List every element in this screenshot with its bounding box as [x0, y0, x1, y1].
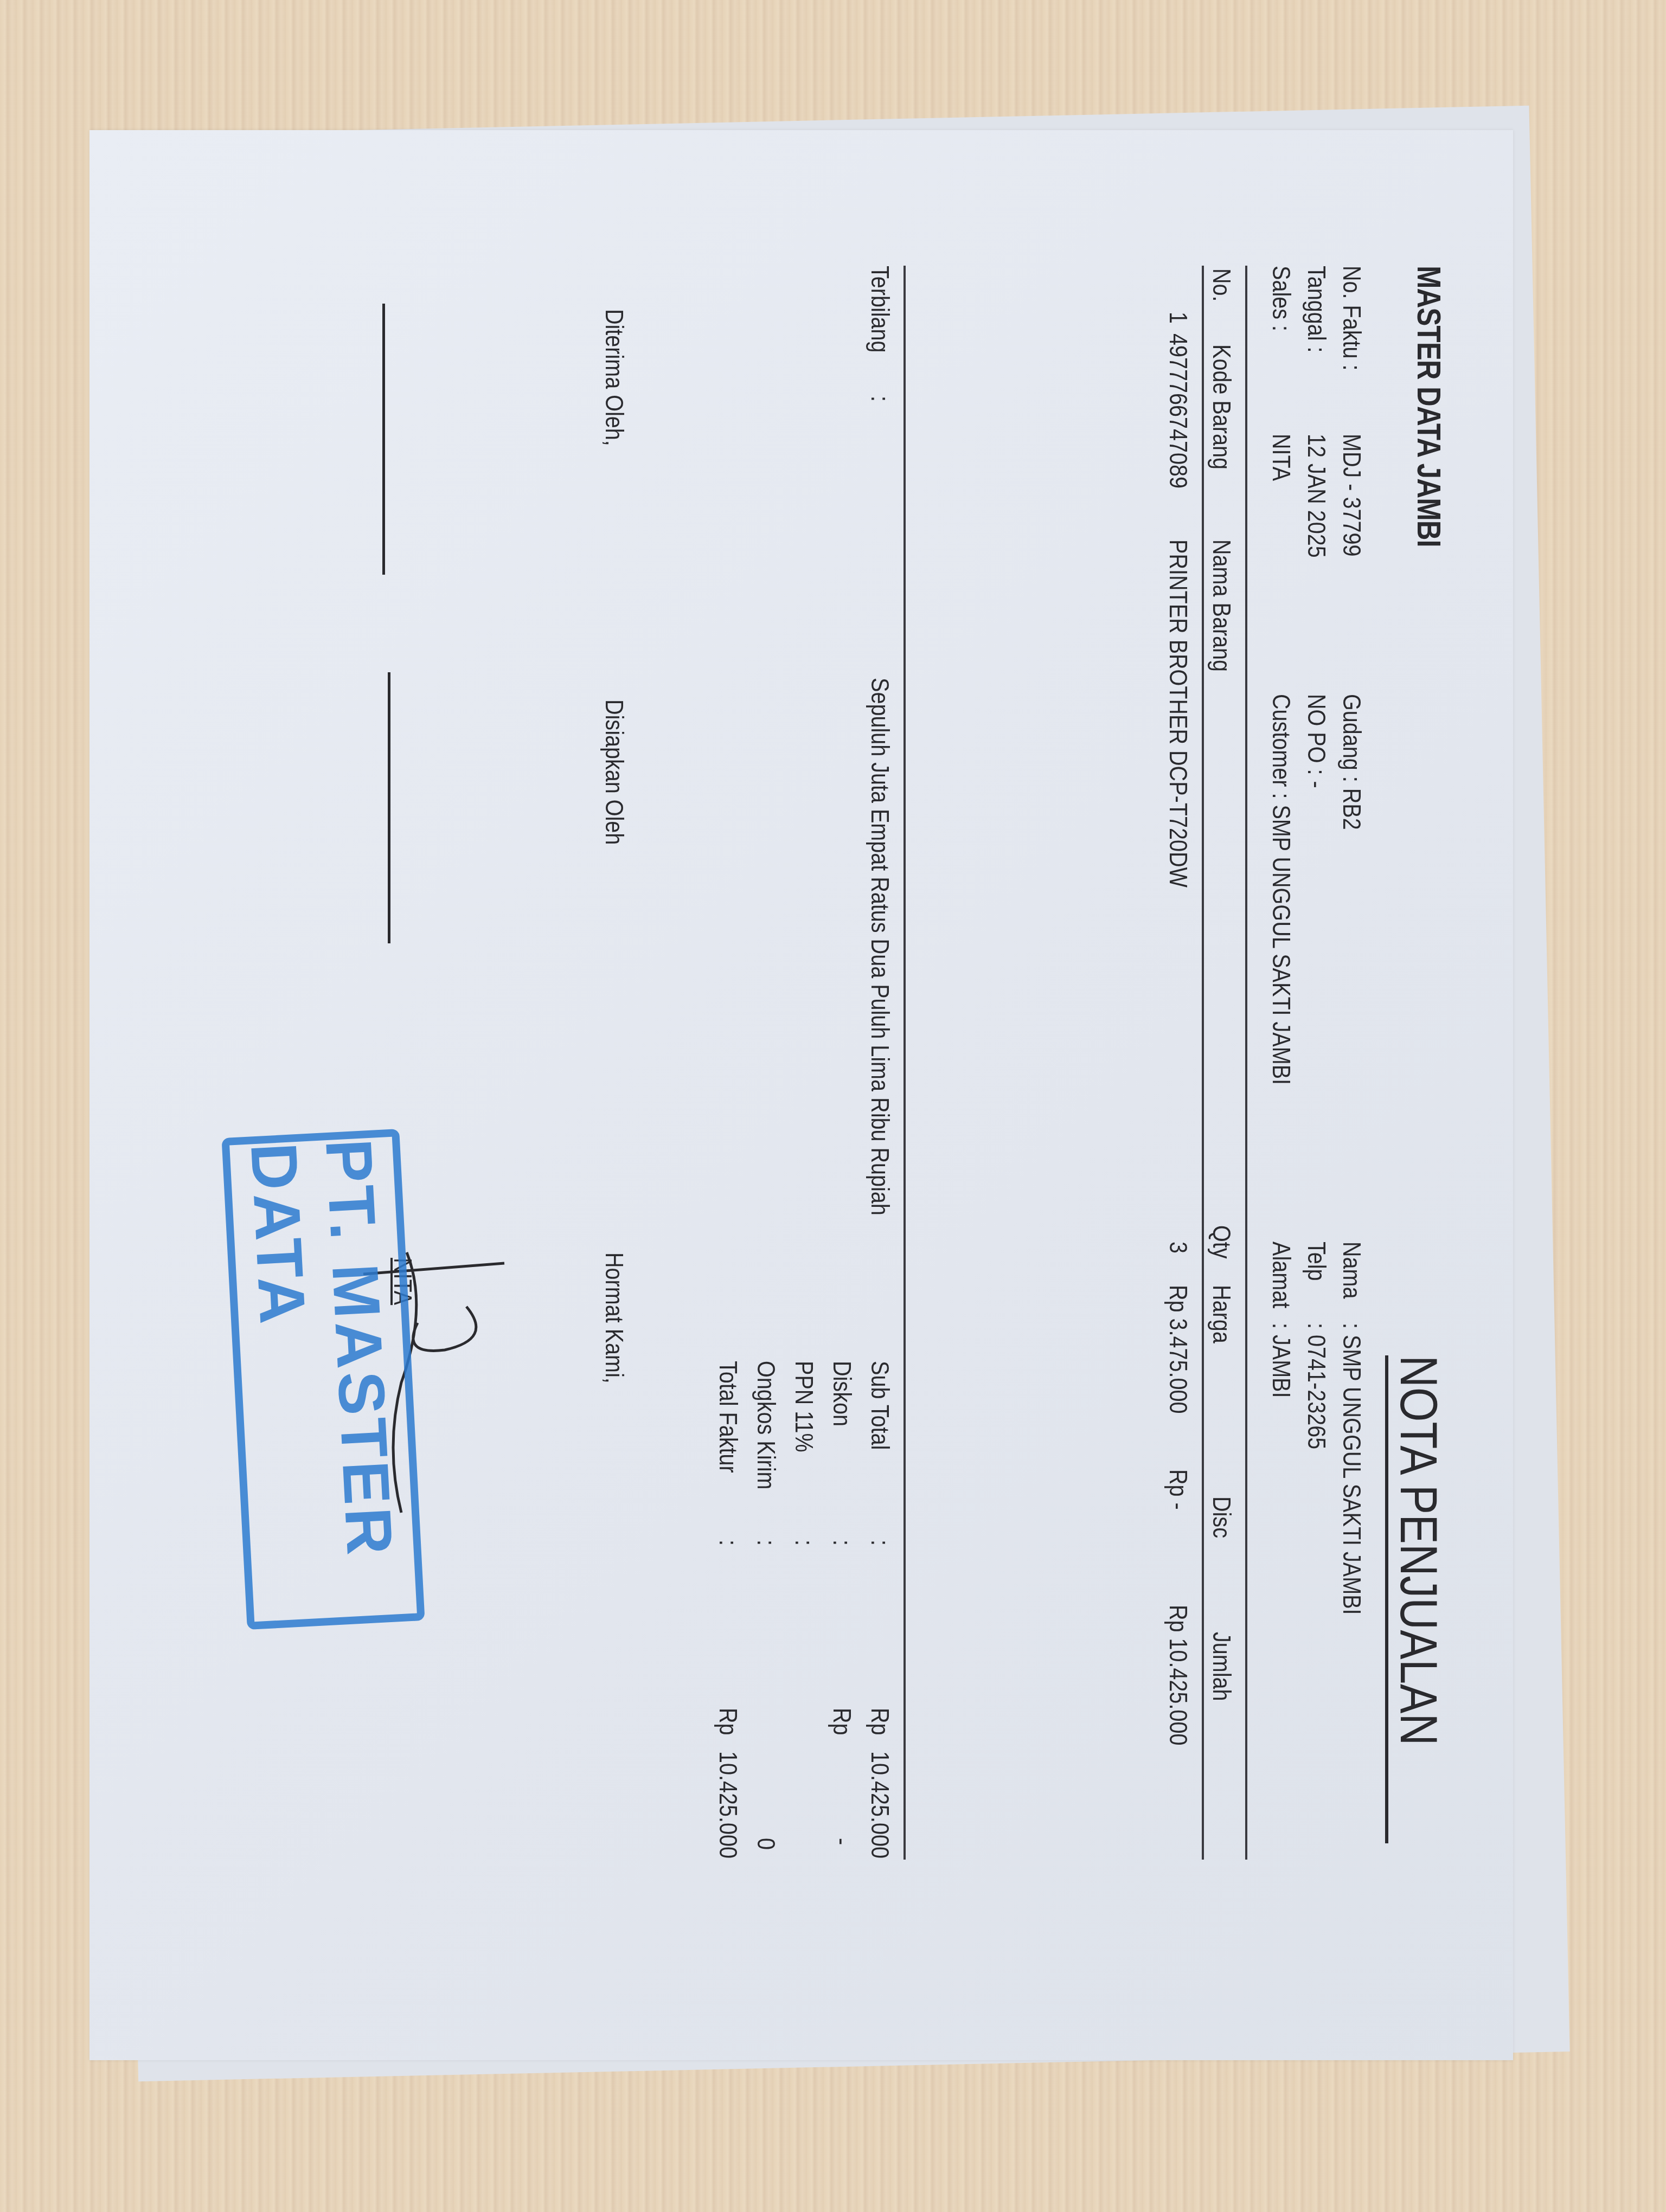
ongkos-kirim-colon: :: [752, 1540, 781, 1546]
col-nama-barang: Nama Barang: [1207, 539, 1236, 672]
no-faktu-value: MDJ - 37799: [1337, 434, 1367, 556]
row-jumlah: Rp 10.425.000: [1164, 1605, 1193, 1746]
diskon-value: -: [828, 1838, 857, 1845]
gudang-field: Gudang : RB2: [1337, 694, 1367, 830]
total-faktur-currency: Rp: [714, 1708, 743, 1735]
col-kode-barang: Kode Barang: [1207, 344, 1236, 470]
telp-value: : 0741-23265: [1302, 1323, 1331, 1449]
tanggal-value: 12 JAN 2025: [1302, 434, 1331, 558]
col-no: No.: [1207, 268, 1236, 302]
subtotal-colon: :: [866, 1540, 895, 1546]
invoice-paper: MASTER DATA JAMBI NOTA PENJUALAN No. Fak…: [89, 130, 1513, 2060]
col-harga: Harga: [1207, 1285, 1236, 1343]
diskon-currency: Rp: [828, 1708, 857, 1735]
sales-label: Sales :: [1267, 266, 1296, 331]
tanggal-label: Tanggal :: [1302, 266, 1331, 353]
row-harga: Rp 3.475.000: [1164, 1285, 1193, 1414]
col-jumlah: Jumlah: [1207, 1632, 1236, 1701]
table-header-rule: [1202, 266, 1204, 1860]
title-underline: [1385, 1355, 1388, 1843]
row-no: 1: [1164, 312, 1193, 324]
subtotal-currency: Rp: [866, 1708, 895, 1735]
no-faktu-label: No. Faktu :: [1337, 266, 1367, 370]
terbilang-colon: :: [866, 396, 895, 402]
ongkos-kirim-value: 0: [752, 1838, 781, 1850]
disiapkan-signature-line: [388, 672, 390, 943]
company-name: MASTER DATA JAMBI: [1409, 266, 1448, 547]
row-qty: 3: [1164, 1242, 1193, 1253]
invoice-page: MASTER DATA JAMBI NOTA PENJUALAN No. Fak…: [89, 130, 1513, 2060]
diskon-label: Diskon: [828, 1361, 857, 1426]
diskon-colon: :: [828, 1540, 857, 1546]
subtotal-value: 10.425.000: [866, 1751, 895, 1859]
customer-field: Customer : SMP UNGGUL SAKTI JAMBI: [1267, 694, 1296, 1085]
col-disc: Disc: [1207, 1496, 1236, 1538]
terbilang-value: Sepuluh Juta Empat Ratus Dua Puluh Lima …: [866, 678, 895, 1216]
no-po-field: NO PO : -: [1302, 694, 1331, 788]
alamat-value: : JAMBI: [1267, 1323, 1296, 1398]
total-faktur-colon: :: [714, 1540, 743, 1546]
nama-label: Nama: [1337, 1242, 1367, 1299]
ppn-label: PPN 11%: [790, 1361, 819, 1452]
telp-label: Telp: [1302, 1242, 1331, 1281]
row-nama: PRINTER BROTHER DCP-T720DW: [1164, 539, 1193, 888]
nama-value: : SMP UNGGUL SAKTI JAMBI: [1337, 1323, 1367, 1615]
table-top-rule: [1245, 266, 1247, 1860]
total-faktur-label: Total Faktur: [714, 1361, 743, 1473]
hormat-kami-label: Hormat Kami,: [600, 1252, 629, 1384]
document-title: NOTA PENJUALAN: [1388, 1355, 1448, 1745]
terbilang-label: Terbilang: [866, 266, 895, 353]
disiapkan-oleh-label: Disiapkan Oleh: [600, 699, 629, 845]
sales-value: NITA: [1267, 434, 1296, 481]
ppn-colon: :: [790, 1540, 819, 1546]
company-stamp: PT. MASTER DATA: [221, 1129, 425, 1630]
row-kode: 4977766747089: [1164, 333, 1193, 488]
diterima-oleh-label: Diterima Oleh,: [600, 309, 629, 446]
subtotal-label: Sub Total: [866, 1361, 895, 1450]
col-qty: Qty: [1207, 1225, 1236, 1259]
diterima-signature-line: [382, 304, 385, 575]
total-faktur-value: 10.425.000: [714, 1751, 743, 1859]
row-disc: Rp -: [1164, 1469, 1193, 1510]
terbilang-rule: [904, 266, 906, 1860]
alamat-label: Alamat: [1267, 1242, 1296, 1308]
ongkos-kirim-label: Ongkos Kirim: [752, 1361, 781, 1489]
